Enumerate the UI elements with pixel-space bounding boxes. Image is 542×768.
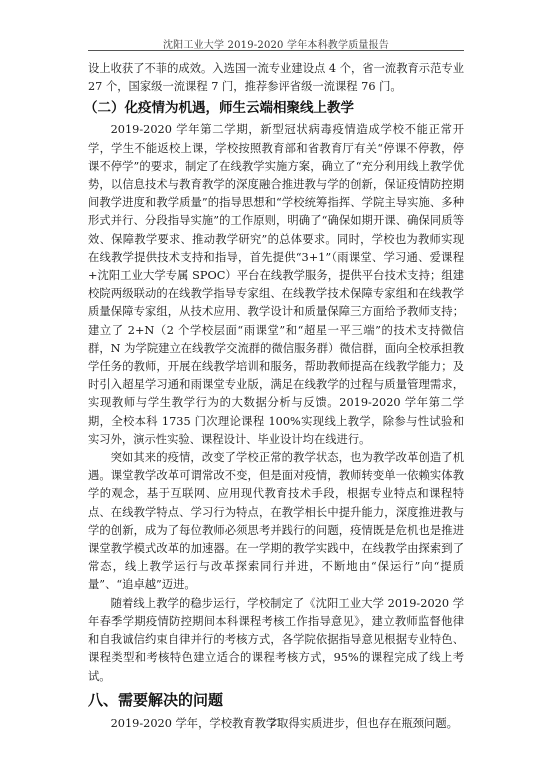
section-heading-online-teaching: （二）化疫情为机遇，师生云端相聚线上教学 — [84, 97, 464, 119]
section-heading-problems: 八、需要解决的问题 — [88, 688, 464, 712]
document-page: 沈阳工业大学 2019-2020 学年本科教学质量报告 设上收获了不菲的成效。入… — [0, 0, 542, 768]
continued-paragraph: 设上收获了不菲的成效。入选国一流专业建设点 4 个，省一流教育示范专业 27 个… — [88, 60, 464, 96]
running-header: 沈阳工业大学 2019-2020 学年本科教学质量报告 — [88, 36, 464, 51]
header-divider — [88, 50, 464, 51]
paragraph-online-teaching-plan: 2019-2020 学年第二学期，新型冠状病毒疫情造成学校不能正常开学，学生不能… — [88, 121, 464, 449]
paragraph-teaching-reform: 突如其来的疫情，改变了学校正常的教学状态，也为教学改革创造了机遇。课堂教学改革可… — [88, 449, 464, 595]
page-number: 21 — [88, 718, 464, 729]
page-body: 设上收获了不菲的成效。入选国一流专业建设点 4 个，省一流教育示范专业 27 个… — [88, 60, 464, 733]
paragraph-online-exams: 随着线上教学的稳步运行，学校制定了《沈阳工业大学 2019-2020 学年春季学… — [88, 595, 464, 686]
